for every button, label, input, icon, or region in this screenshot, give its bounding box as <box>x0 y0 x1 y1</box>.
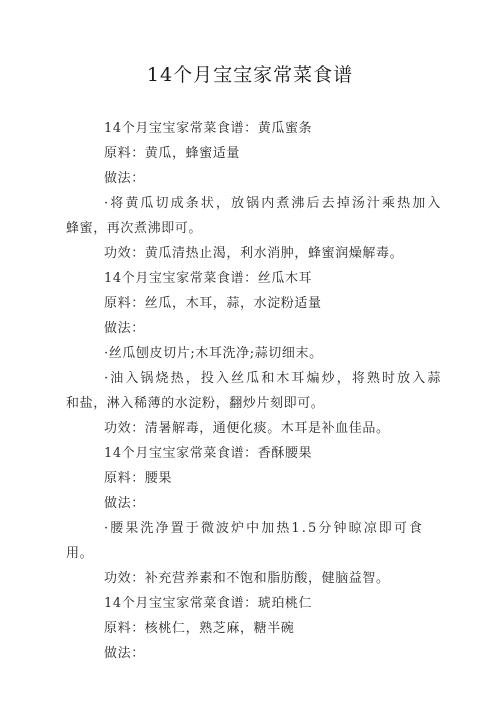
method-step: ·丝瓜刨皮切片;木耳洗净;蒜切细末。 <box>66 341 438 366</box>
ingredients-line: 原料：腰果 <box>66 466 438 491</box>
document-page: 14个月宝宝家常菜食谱 14个月宝宝家常菜食谱：黄瓜蜜条 原料：黄瓜，蜂蜜适量 … <box>0 0 500 707</box>
method-label: 做法： <box>66 641 438 666</box>
recipe-heading: 14个月宝宝家常菜食谱：香酥腰果 <box>66 441 438 466</box>
method-label: 做法： <box>66 166 438 191</box>
ingredients-line: 原料：黄瓜，蜂蜜适量 <box>66 141 438 166</box>
ingredients-line: 原料：丝瓜，木耳，蒜，水淀粉适量 <box>66 291 438 316</box>
benefits-line: 功效：清暑解毒，通便化痰。木耳是补血佳品。 <box>66 416 438 441</box>
benefits-line: 功效：补充营养素和不饱和脂肪酸，健脑益智。 <box>66 566 438 591</box>
method-step-continued: 用。 <box>66 541 438 566</box>
method-step: ·油入锅烧热，投入丝瓜和木耳煸炒，将熟时放入蒜 <box>66 366 438 391</box>
benefits-line: 功效：黄瓜清热止渴，利水消肿，蜂蜜润燥解毒。 <box>66 241 438 266</box>
document-title: 14个月宝宝家常菜食谱 <box>0 60 500 87</box>
method-step: ·将黄瓜切成条状，放锅内煮沸后去掉汤汁乘热加入 <box>66 191 438 216</box>
recipe-heading: 14个月宝宝家常菜食谱：琥珀桃仁 <box>66 591 438 616</box>
method-label: 做法： <box>66 491 438 516</box>
method-step: ·腰果洗净置于微波炉中加热1.5分钟晾凉即可食 <box>66 516 438 541</box>
ingredients-line: 原料：核桃仁，熟芝麻，糖半碗 <box>66 616 438 641</box>
method-step-continued: 和盐，淋入稀薄的水淀粉，翻炒片刻即可。 <box>66 391 438 416</box>
method-step-continued: 蜂蜜，再次煮沸即可。 <box>66 216 438 241</box>
method-label: 做法： <box>66 316 438 341</box>
document-body: 14个月宝宝家常菜食谱：黄瓜蜜条 原料：黄瓜，蜂蜜适量 做法： ·将黄瓜切成条状… <box>66 116 438 666</box>
recipe-heading: 14个月宝宝家常菜食谱：丝瓜木耳 <box>66 266 438 291</box>
recipe-heading: 14个月宝宝家常菜食谱：黄瓜蜜条 <box>66 116 438 141</box>
